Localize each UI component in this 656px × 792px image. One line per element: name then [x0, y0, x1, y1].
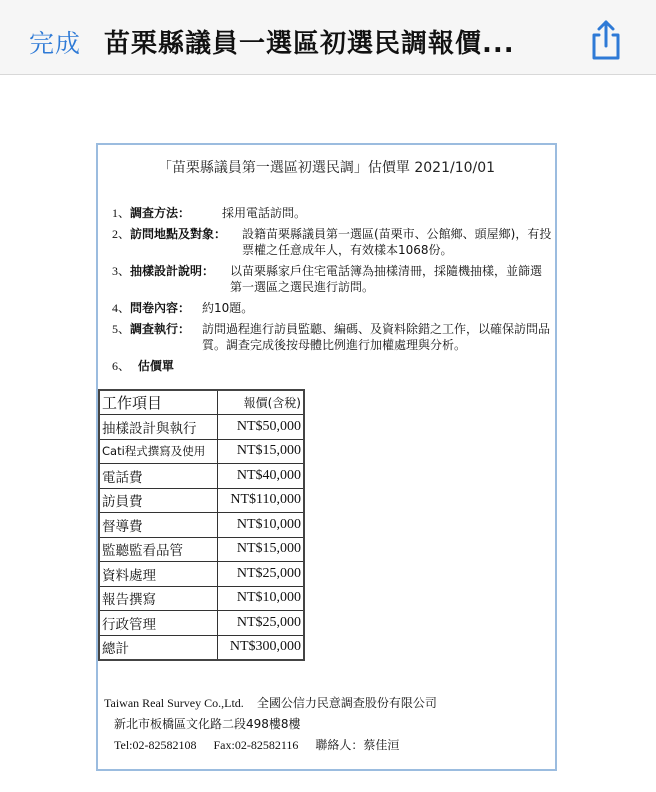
- company-address: 新北市板橋區文化路二段498樓8樓: [114, 714, 437, 735]
- table-row: 報告撰寫 NT$10,000: [99, 586, 304, 611]
- table-row: 抽樣設計與執行 NT$50,000: [99, 415, 304, 440]
- row-price: NT$25,000: [217, 562, 304, 587]
- share-icon: [586, 18, 626, 62]
- item-number: 5、: [112, 321, 130, 337]
- row-price: NT$50,000: [217, 415, 304, 440]
- list-item-questionnaire: 4、 問卷內容： 約10題。: [112, 300, 552, 316]
- item-label: 調查方法：: [130, 205, 190, 221]
- item-number: 3、: [112, 263, 130, 279]
- row-item: 資料處理: [99, 562, 217, 587]
- table-row: 電話費 NT$40,000: [99, 464, 304, 489]
- company-name-en: Taiwan Real Survey Co.,Ltd.: [104, 696, 244, 710]
- list-item-location: 2、 訪問地點及對象： 設籍苗栗縣議員第一選區(苗栗市、公館鄉、頭屋鄉)，有投票…: [112, 226, 552, 258]
- list-item-execution: 5、 調查執行： 訪問過程進行訪員監聽、編碼、及資料除錯之工作，以確保訪問品質。…: [112, 321, 552, 353]
- item-label: 問卷內容：: [130, 300, 190, 316]
- total-price: NT$300,000: [217, 635, 304, 660]
- row-price: NT$40,000: [217, 464, 304, 489]
- item-number: 1、: [112, 205, 130, 221]
- quotation-title: 「苗栗縣議員第一選區初選民調」估價單 2021/10/01: [98, 157, 555, 177]
- navigation-bar: 完成 苗栗縣議員一選區初選民調報價...: [0, 0, 656, 75]
- list-item-quotation: 6、 估價單: [112, 358, 552, 374]
- share-button[interactable]: [586, 18, 626, 62]
- list-item-sampling: 3、 抽樣設計說明： 以苗栗縣家戶住宅電話簿為抽樣清冊，採隨機抽樣，並篩選第一選…: [112, 263, 552, 295]
- done-button[interactable]: 完成: [29, 24, 81, 60]
- table-row: 訪員費 NT$110,000: [99, 488, 304, 513]
- item-text: 約10題。: [202, 300, 552, 316]
- row-price: NT$15,000: [217, 439, 304, 464]
- item-number: 2、: [112, 226, 130, 242]
- row-price: NT$15,000: [217, 537, 304, 562]
- contact-person: 聯絡人：蔡佳洹: [315, 738, 399, 752]
- table-row: 監聽監看品管 NT$15,000: [99, 537, 304, 562]
- header-item: 工作項目: [99, 390, 217, 415]
- quotation-document: 「苗栗縣議員第一選區初選民調」估價單 2021/10/01 1、 調查方法： 採…: [96, 143, 557, 771]
- item-text: 訪問過程進行訪員監聽、編碼、及資料除錯之工作，以確保訪問品質。調查完成後按母體比…: [202, 321, 552, 353]
- company-tel: Tel:02-82582108: [114, 738, 196, 752]
- table-total-row: 總計 NT$300,000: [99, 635, 304, 660]
- table-row: 資料處理 NT$25,000: [99, 562, 304, 587]
- row-item: Cati程式撰寫及使用: [99, 439, 217, 464]
- row-item: 抽樣設計與執行: [99, 415, 217, 440]
- table-row: 行政管理 NT$25,000: [99, 611, 304, 636]
- item-number: 6、: [112, 359, 130, 373]
- total-label: 總計: [99, 635, 217, 660]
- quotation-table: 工作項目 報價(含稅) 抽樣設計與執行 NT$50,000 Cati程式撰寫及使…: [98, 389, 305, 661]
- table-row: Cati程式撰寫及使用 NT$15,000: [99, 439, 304, 464]
- header-price: 報價(含稅): [217, 390, 304, 415]
- row-price: NT$10,000: [217, 513, 304, 538]
- item-label: 抽樣設計說明：: [130, 263, 214, 279]
- row-price: NT$25,000: [217, 611, 304, 636]
- item-text: 設籍苗栗縣議員第一選區(苗栗市、公館鄉、頭屋鄉)，有投票權之任意成年人，有效樣本…: [242, 226, 552, 258]
- company-footer: Taiwan Real Survey Co.,Ltd. 全國公信力民意調查股份有…: [104, 693, 437, 756]
- row-item: 訪員費: [99, 488, 217, 513]
- table-row: 督導費 NT$10,000: [99, 513, 304, 538]
- company-fax: Fax:02-82582116: [213, 738, 298, 752]
- table-header-row: 工作項目 報價(含稅): [99, 390, 304, 415]
- item-label: 訪問地點及對象：: [130, 226, 226, 242]
- row-price: NT$10,000: [217, 586, 304, 611]
- survey-details-list: 1、 調查方法： 採用電話訪問。 2、 訪問地點及對象： 設籍苗栗縣議員第一選區…: [112, 205, 552, 374]
- row-item: 督導費: [99, 513, 217, 538]
- row-price: NT$110,000: [217, 488, 304, 513]
- document-title: 苗栗縣議員一選區初選民調報價...: [104, 23, 574, 60]
- item-text: 採用電話訪問。: [222, 205, 552, 221]
- row-item: 報告撰寫: [99, 586, 217, 611]
- row-item: 行政管理: [99, 611, 217, 636]
- item-number: 4、: [112, 300, 130, 316]
- item-label: 調查執行：: [130, 321, 190, 337]
- item-label: 估價單: [138, 359, 174, 373]
- company-name-cn: 全國公信力民意調查股份有限公司: [257, 696, 437, 710]
- row-item: 監聽監看品管: [99, 537, 217, 562]
- item-text: 以苗栗縣家戶住宅電話簿為抽樣清冊，採隨機抽樣，並篩選第一選區之選民進行訪問。: [230, 263, 552, 295]
- list-item-method: 1、 調查方法： 採用電話訪問。: [112, 205, 552, 221]
- row-item: 電話費: [99, 464, 217, 489]
